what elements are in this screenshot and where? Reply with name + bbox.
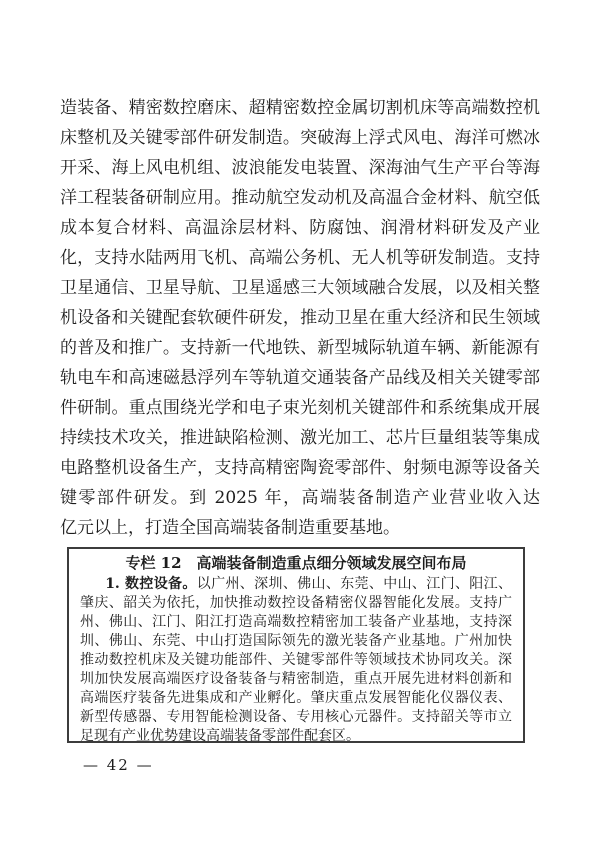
- body-text-line: 电路整机设备生产，支持高精密陶瓷零部件、射频电源等设备关: [60, 453, 540, 483]
- body-text-line: 亿元以上，打造全国高端装备制造重要基地。: [60, 513, 540, 543]
- body-text-line: 洋工程装备研制应用。推动航空发动机及高温合金材料、航空低: [60, 183, 540, 213]
- callout-box-line: 足现有产业优势建设高端装备零部件配套区。: [80, 727, 512, 746]
- callout-box-column-12: 专栏 12 高端装备制造重点细分领域发展空间布局 1. 数控设备。以广州、深圳、…: [67, 547, 525, 743]
- callout-item-label: 1. 数控设备。: [105, 576, 197, 592]
- body-text-line: 床整机及关键零部件研发制造。突破海上浮式风电、海洋可燃冰: [60, 123, 540, 153]
- callout-item-text: 以广州、深圳、佛山、东莞、中山、江门、阳江、: [197, 576, 512, 592]
- body-text-line: 件研制。重点围绕光学和电子束光刻机关键部件和系统集成开展: [60, 393, 540, 423]
- body-text-line: 卫星通信、卫星导航、卫星遥感三大领域融合发展，以及相关整: [60, 273, 540, 303]
- page-number: — 42 —: [83, 754, 154, 776]
- body-text-line: 化，支持水陆两用飞机、高端公务机、无人机等研发制造。支持: [60, 243, 540, 273]
- body-text-line: 机设备和关键配套软硬件研发，推动卫星在重大经济和民生领域: [60, 303, 540, 333]
- body-text-line: 造装备、精密数控磨床、超精密数控金属切割机床等高端数控机: [60, 93, 540, 123]
- body-text-line: 的普及和推广。支持新一代地铁、新型城际轨道车辆、新能源有: [60, 333, 540, 363]
- callout-box-title: 专栏 12 高端装备制造重点细分领域发展空间布局: [80, 552, 512, 575]
- body-paragraph: 造装备、精密数控磨床、超精密数控金属切割机床等高端数控机 床整机及关键零部件研发…: [60, 93, 540, 543]
- body-text-line: 持续技术攻关，推进缺陷检测、激光加工、芯片巨量组装等集成: [60, 423, 540, 453]
- callout-box-line: 圳加快发展高端医疗设备装备与精密制造，重点开展先进材料创新和: [80, 670, 512, 689]
- callout-box-line: 新型传感器、专用智能检测设备、专用核心元器件。支持韶关等市立: [80, 708, 512, 727]
- callout-box-line: 肇庆、韶关为依托，加快推动数控设备精密仪器智能化发展。支持广: [80, 594, 512, 613]
- callout-box-line: 推动数控机床及关键功能部件、关键零部件等领域技术协同攻关。深: [80, 651, 512, 670]
- document-page: 造装备、精密数控磨床、超精密数控金属切割机床等高端数控机 床整机及关键零部件研发…: [0, 0, 600, 848]
- callout-box-line: 圳、佛山、东莞、中山打造国际领先的激光装备产业基地。广州加快: [80, 632, 512, 651]
- body-text-line: 轨电车和高速磁悬浮列车等轨道交通装备产品线及相关关键零部: [60, 363, 540, 393]
- body-text-line: 成本复合材料、高温涂层材料、防腐蚀、润滑材料研发及产业: [60, 213, 540, 243]
- body-text-line: 开采、海上风电机组、波浪能发电装置、深海油气生产平台等海: [60, 153, 540, 183]
- body-text-line: 键零部件研发。到 2025 年，高端装备制造产业营业收入达 3000: [60, 483, 540, 513]
- callout-box-line: 1. 数控设备。以广州、深圳、佛山、东莞、中山、江门、阳江、: [80, 575, 512, 594]
- callout-box-line: 州、佛山、江门、阳江打造高端数控精密加工装备产业基地，支持深: [80, 613, 512, 632]
- callout-box-line: 高端医疗装备先进集成和产业孵化。肇庆重点发展智能化仪器仪表、: [80, 689, 512, 708]
